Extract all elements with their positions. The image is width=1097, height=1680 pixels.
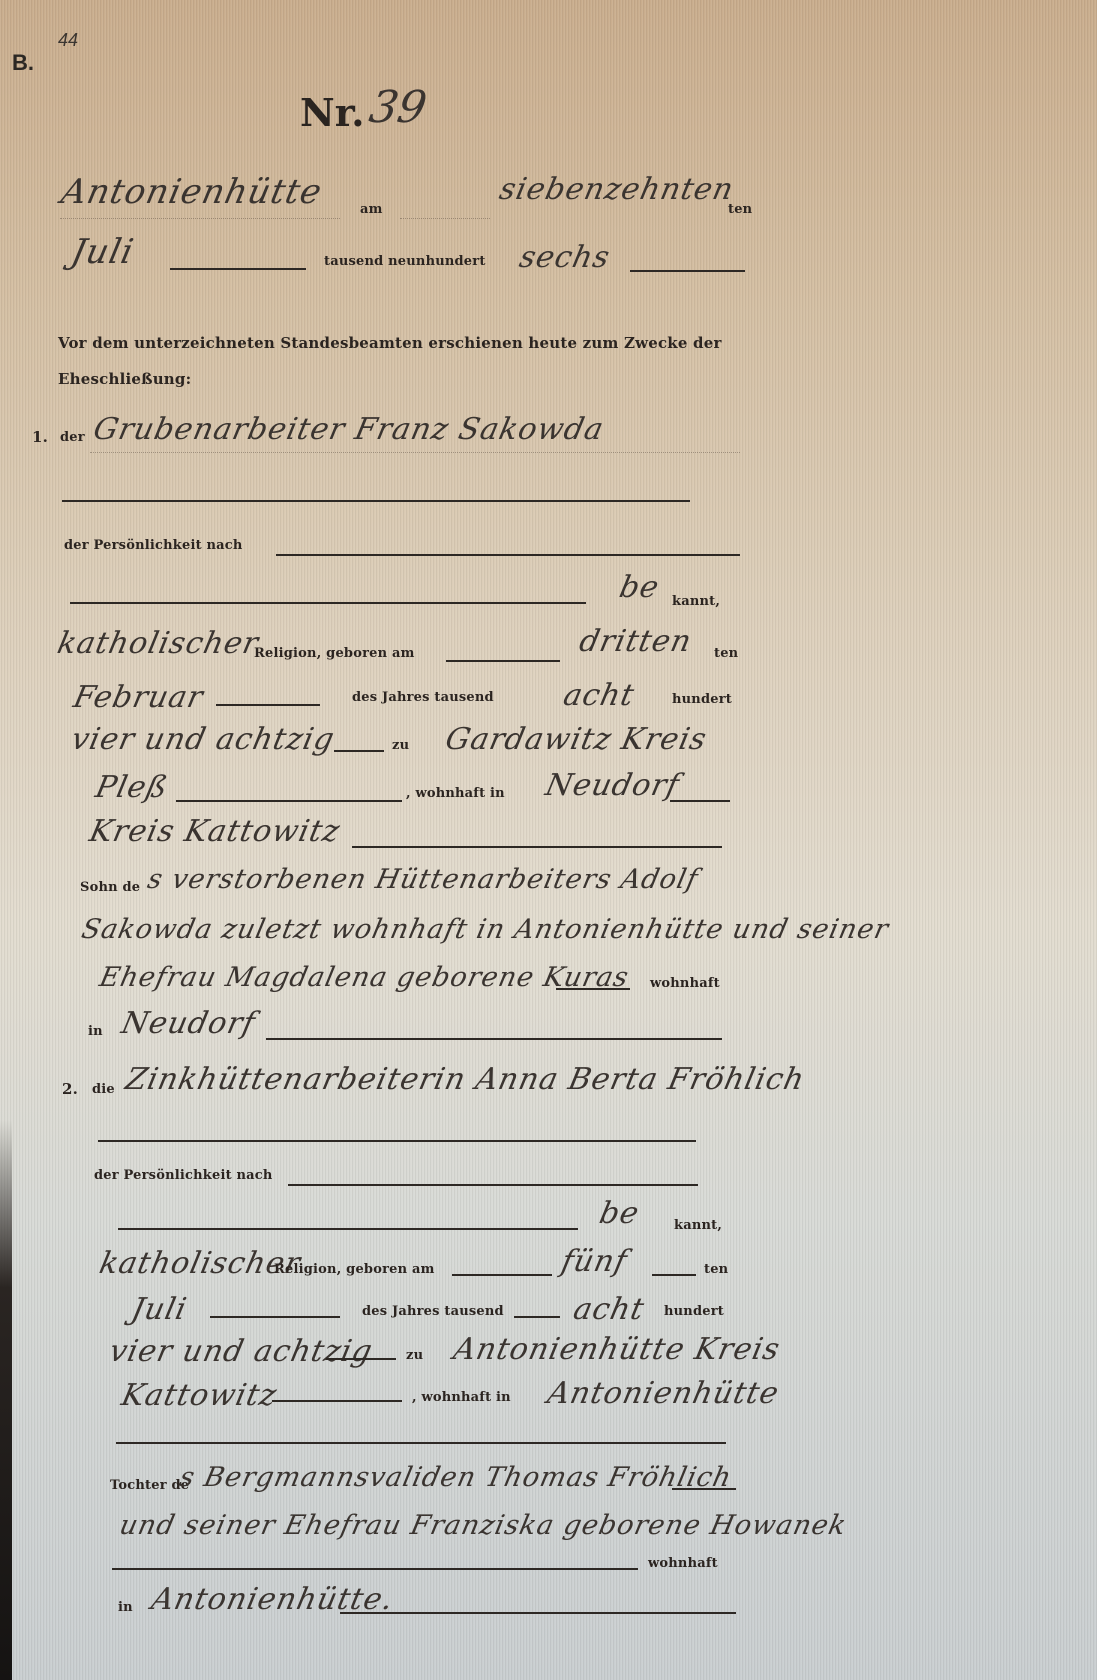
entry-label: Nr. [300, 90, 365, 135]
bride-index: 2. [62, 1080, 78, 1098]
bride-birth-day-suffix: ten [704, 1262, 728, 1277]
bride-birth-year-words: vier und achtzig [106, 1334, 376, 1369]
bride-article: die [92, 1082, 115, 1097]
groom-parents-line-1: s verstorbenen Hüttenarbeiters Adolf [145, 864, 701, 895]
groom-index: 1. [32, 428, 48, 446]
groom-identity-label: der Persönlichkeit nach [64, 538, 243, 553]
year-prefix-label: tausend neunhundert [324, 254, 486, 269]
groom-birth-day: dritten [576, 624, 695, 659]
day-value: siebenzehnten [496, 172, 737, 207]
bride-birth-century: acht [570, 1292, 648, 1327]
corner-label: B. [12, 50, 34, 76]
bride-religion-label: Religion, geboren am [274, 1262, 435, 1277]
bride-birth-day: fünf [558, 1244, 630, 1279]
groom-religion-value: katholischer [54, 626, 262, 661]
bride-parents-residence-label: wohnhaft [648, 1556, 718, 1571]
entry-number: 39 [366, 82, 431, 133]
groom-occupation-name: Grubenarbeiter Franz Sakowda [90, 412, 607, 447]
groom-religion-label: Religion, geboren am [254, 646, 415, 661]
bride-parents-in-label: in [118, 1600, 133, 1615]
bride-hundred-label: hundert [664, 1304, 724, 1319]
groom-parents-line-2: Sakowda zuletzt wohnhaft in Antonienhütt… [79, 914, 892, 945]
bride-year-label: des Jahres tausend [362, 1304, 504, 1319]
groom-hundred-label: hundert [672, 692, 732, 707]
groom-birthplace-cont: Pleß [92, 770, 171, 805]
bride-parents-line-2: und seiner Ehefrau Franziska geborene Ho… [117, 1510, 850, 1541]
groom-residence-label: , wohnhaft in [406, 786, 505, 801]
groom-article: der [60, 430, 85, 445]
corner-number: 44 [58, 30, 78, 51]
groom-birth-month: Februar [70, 680, 206, 715]
bride-birthplace-cont: Kattowitz [118, 1378, 280, 1413]
bride-residence-label: , wohnhaft in [412, 1390, 511, 1405]
page-edge-shadow [0, 1120, 12, 1680]
intro-line-1: Vor dem unterzeichneten Standesbeamten e… [58, 334, 722, 352]
groom-birth-year-words: vier und achtzig [68, 722, 338, 757]
day-suffix: ten [728, 202, 752, 217]
registry-place: Antonienhütte [58, 172, 326, 212]
groom-residence: Neudorf [542, 768, 682, 803]
bride-birthplace-label: zu [406, 1348, 423, 1363]
groom-birthplace-label: zu [392, 738, 409, 753]
bride-residence: Antonienhütte [544, 1376, 782, 1411]
groom-parents-line-3: Ehefrau Magdalena geborene Kuras [97, 962, 632, 993]
groom-parents-residence-label: wohnhaft [650, 976, 720, 991]
bride-religion-value: katholischer [96, 1246, 304, 1281]
groom-birth-day-suffix: ten [714, 646, 738, 661]
month-value: Juli [68, 232, 138, 272]
am-label: am [360, 202, 383, 217]
groom-parents-in-label: in [88, 1024, 103, 1039]
groom-year-label: des Jahres tausend [352, 690, 494, 705]
bride-identity-suffix: kannt, [674, 1218, 722, 1233]
year-value: sechs [516, 240, 613, 275]
groom-identity-value: be [616, 570, 662, 605]
bride-birth-month: Juli [128, 1292, 190, 1327]
bride-identity-value: be [596, 1196, 642, 1231]
bride-birthplace: Antonienhütte Kreis [450, 1332, 783, 1367]
bride-identity-label: der Persönlichkeit nach [94, 1168, 273, 1183]
groom-parents-residence: Neudorf [118, 1006, 258, 1041]
groom-identity-suffix: kannt, [672, 594, 720, 609]
groom-birth-century: acht [560, 678, 638, 713]
groom-birthplace: Gardawitz Kreis [442, 722, 710, 757]
bride-occupation-name: Zinkhüttenarbeiterin Anna Berta Fröhlich [122, 1062, 808, 1097]
bride-parents-line-1: s Bergmannsvaliden Thomas Fröhlich [177, 1462, 735, 1493]
groom-residence-cont: Kreis Kattowitz [86, 814, 343, 849]
groom-parents-label: Sohn de [80, 880, 140, 895]
intro-line-2: Eheschließung: [58, 370, 191, 388]
